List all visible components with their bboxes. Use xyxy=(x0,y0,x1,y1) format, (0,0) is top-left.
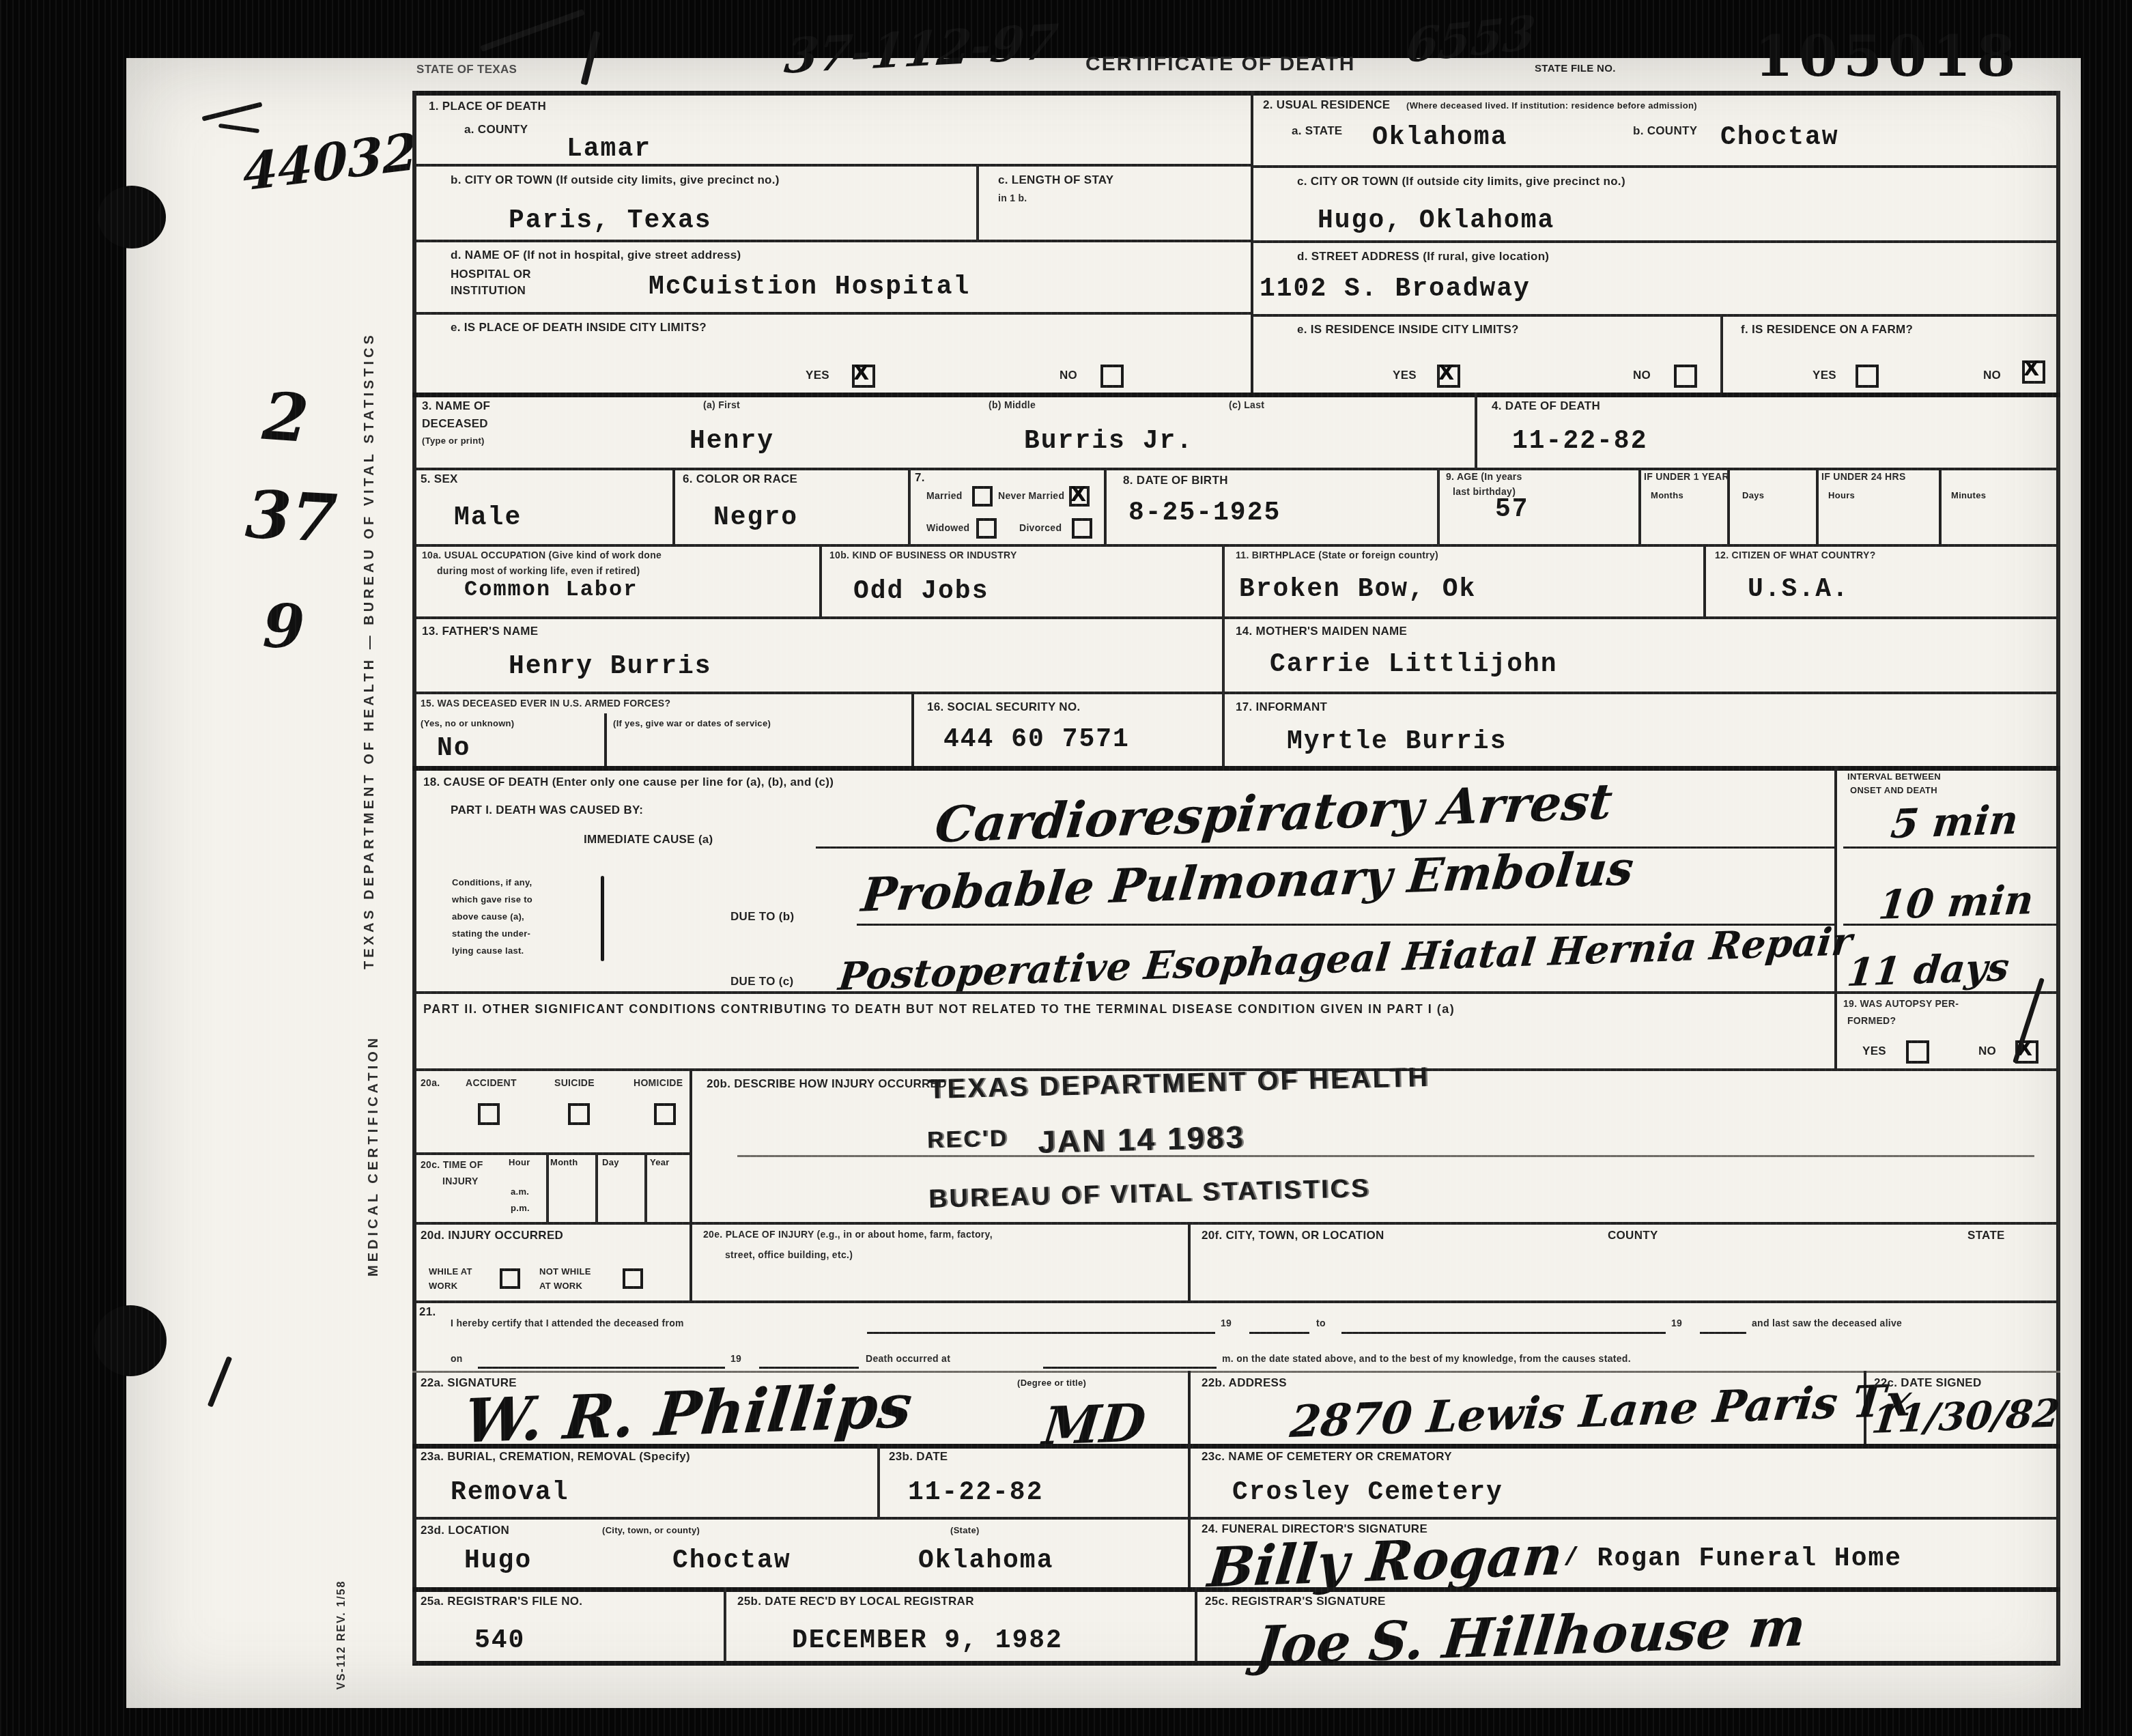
s22c-date-handwriting: 11/30/82 xyxy=(1870,1391,2062,1442)
s20a-accident-checkbox xyxy=(478,1103,500,1125)
s25a-value: 540 xyxy=(474,1628,525,1654)
s7-label: 7. xyxy=(915,471,925,485)
s23d-label: 23d. LOCATION xyxy=(421,1524,509,1537)
s20b-label: 20b. DESCRIBE HOW INJURY OCCURRED xyxy=(707,1077,947,1091)
s23c-value: Crosley Cemetery xyxy=(1232,1480,1503,1506)
s2-farm-yes-checkbox xyxy=(1856,365,1879,388)
margin-vertical-agency-text: TEXAS DEPARTMENT OF HEALTH — BUREAU OF V… xyxy=(362,314,378,969)
margin-form-code: VS-112 REV. 1/58 xyxy=(336,1519,348,1690)
s20a-label: 20a. xyxy=(421,1077,440,1089)
s1-stay-label: c. LENGTH OF STAY xyxy=(998,173,1113,187)
s18-interval-header-2: ONSET AND DEATH xyxy=(1850,785,1937,796)
s2-state-label: a. STATE xyxy=(1292,124,1343,138)
s2-title: 2. USUAL RESIDENCE xyxy=(1263,98,1390,112)
s18-interval-a-handwriting: 5 min xyxy=(1888,797,2020,848)
s19-label2: FORMED? xyxy=(1847,1015,1896,1027)
s15-sub1: (Yes, no or unknown) xyxy=(421,718,514,729)
s2-farm-yes-label: YES xyxy=(1813,369,1836,382)
s1-stay-sub: in 1 b. xyxy=(998,193,1027,204)
s20f-county-label: COUNTY xyxy=(1608,1229,1658,1242)
s4-label: 4. DATE OF DEATH xyxy=(1492,399,1600,413)
s20d-notwhile-label2: AT WORK xyxy=(539,1281,582,1292)
s2-limits-yes-checkbox: X xyxy=(1437,365,1460,388)
s25b-label: 25b. DATE REC'D BY LOCAL REGISTRAR xyxy=(737,1595,974,1608)
s1-city-label: b. CITY OR TOWN (If outside city limits,… xyxy=(451,173,780,187)
s21-line1-to: to xyxy=(1316,1318,1326,1329)
s17-label: 17. INFORMANT xyxy=(1236,700,1327,714)
s18-conditions-brace xyxy=(601,876,604,961)
s20f-label: 20f. CITY, TOWN, OR LOCATION xyxy=(1202,1229,1384,1242)
hole-punch-bottom xyxy=(94,1305,167,1376)
s19-yes-label: YES xyxy=(1862,1044,1886,1058)
s21-line2-on: on xyxy=(451,1353,463,1365)
s3-first-value: Henry xyxy=(690,429,774,455)
s9-label1: 9. AGE (In years xyxy=(1446,471,1522,483)
s23a-value: Removal xyxy=(451,1480,569,1506)
s20c-hour-label: Hour xyxy=(509,1157,530,1168)
s18-title: 18. CAUSE OF DEATH (Enter only one cause… xyxy=(423,775,834,789)
s7-never-married-label: Never Married xyxy=(998,490,1064,502)
s3-last-value: Burris Jr. xyxy=(1024,429,1193,455)
s21-line2-tail: m. on the date stated above, and to the … xyxy=(1222,1353,1631,1365)
part2-text: PART II. OTHER SIGNIFICANT CONDITIONS CO… xyxy=(423,1002,1455,1017)
s1-county-value: Lamar xyxy=(567,137,651,162)
s20a-suicide-label: SUICIDE xyxy=(554,1077,595,1089)
s20e-label1: 20e. PLACE OF INJURY (e.g., in or about … xyxy=(703,1229,993,1240)
s15-sub2: (If yes, give war or dates of service) xyxy=(613,718,771,729)
s19-label1: 19. WAS AUTOPSY PER- xyxy=(1843,998,1959,1010)
s5-label: 5. SEX xyxy=(421,472,458,486)
s2-county-label: b. COUNTY xyxy=(1633,124,1697,138)
s20d-while-label1: WHILE AT xyxy=(429,1266,472,1277)
s18-cond1: Conditions, if any, xyxy=(452,877,532,888)
s19-no-label: NO xyxy=(1978,1044,1996,1058)
s20c-label1: 20c. TIME OF xyxy=(421,1159,483,1171)
s23d-state-value: Oklahoma xyxy=(918,1548,1053,1574)
s23d-city-value: Hugo xyxy=(464,1548,532,1574)
s20d-while-checkbox xyxy=(500,1268,520,1289)
state-file-number: 105018 xyxy=(1754,29,2021,85)
s16-label: 16. SOCIAL SECURITY NO. xyxy=(927,700,1081,714)
s18-cond4: stating the under- xyxy=(452,928,530,939)
s18-cond5: lying cause last. xyxy=(452,945,524,956)
s25c-label: 25c. REGISTRAR'S SIGNATURE xyxy=(1205,1595,1386,1608)
s15-label: 15. WAS DECEASED EVER IN U.S. ARMED FORC… xyxy=(421,698,670,709)
s20c-day-label: Day xyxy=(602,1157,619,1168)
s21-line1-19a: 19 xyxy=(1221,1318,1232,1329)
s2-state-value: Oklahoma xyxy=(1372,125,1507,151)
s20a-homicide-checkbox xyxy=(654,1103,676,1125)
s2-farm-no-checkbox: X xyxy=(2022,360,2045,384)
hole-punch-top xyxy=(98,186,166,248)
s18-interval-b-handwriting: 10 min xyxy=(1876,877,2036,928)
s11-label: 11. BIRTHPLACE (State or foreign country… xyxy=(1236,550,1438,561)
s23d-sub1-label: (City, town, or county) xyxy=(602,1525,700,1536)
s18-cond2: which gave rise to xyxy=(452,894,532,905)
margin-vertical-medical-certification: MEDICAL CERTIFICATION xyxy=(366,1004,382,1277)
s20c-year-label: Year xyxy=(650,1157,670,1168)
s1-limits-label: e. IS PLACE OF DEATH INSIDE CITY LIMITS? xyxy=(451,321,707,335)
s5-value: Male xyxy=(454,505,522,531)
s20a-accident-label: ACCIDENT xyxy=(466,1077,517,1089)
s3-label2: DECEASED xyxy=(422,417,488,431)
s2-limits-no-label: NO xyxy=(1633,369,1651,382)
s9-minutes-label: Minutes xyxy=(1951,490,1986,501)
s23d-county-value: Choctaw xyxy=(672,1548,791,1574)
death-certificate-scan: 44032 2 37 9 TEXAS DEPARTMENT OF HEALTH … xyxy=(0,0,2132,1736)
s2-title-sub: (Where deceased lived. If institution: r… xyxy=(1406,100,1697,111)
state-of-texas-label: STATE OF TEXAS xyxy=(416,63,517,76)
s23b-label: 23b. DATE xyxy=(889,1450,948,1464)
s1-title: 1. PLACE OF DEATH xyxy=(429,100,546,113)
s7-married-checkbox xyxy=(972,486,993,507)
s2-farm-label: f. IS RESIDENCE ON A FARM? xyxy=(1741,323,1913,337)
s20d-while-label2: WORK xyxy=(429,1281,457,1292)
s1-hospital-label3: INSTITUTION xyxy=(451,284,526,298)
s3-label3: (Type or print) xyxy=(422,436,485,446)
s18-interval-header-1: INTERVAL BETWEEN xyxy=(1847,771,1941,782)
stamp-recd-label: REC'D xyxy=(927,1126,1009,1154)
s1-hospital-value: McCuistion Hospital xyxy=(649,274,970,300)
s7-widowed-label: Widowed xyxy=(926,522,969,534)
s23b-value: 11-22-82 xyxy=(908,1480,1043,1506)
s1-no-checkbox xyxy=(1100,365,1124,388)
s2-limits-no-checkbox xyxy=(1674,365,1697,388)
s10a-value: Common Labor xyxy=(464,579,638,601)
s20d-notwhile-label1: NOT WHILE xyxy=(539,1266,591,1277)
s2-city-label: c. CITY OR TOWN (If outside city limits,… xyxy=(1297,175,1625,188)
s8-label: 8. DATE OF BIRTH xyxy=(1123,474,1228,487)
s9-months-label: Months xyxy=(1651,490,1683,501)
s10a-label1: 10a. USUAL OCCUPATION (Give kind of work… xyxy=(422,550,662,561)
s18-due-b-label: DUE TO (b) xyxy=(730,910,794,924)
s9-days-label: Days xyxy=(1742,490,1764,501)
margin-tally-2: 2 xyxy=(260,378,311,457)
s10b-value: Odd Jobs xyxy=(853,579,989,605)
s15-value: No xyxy=(437,736,471,762)
s2-city-value: Hugo, Oklahoma xyxy=(1318,208,1554,234)
s13-value: Henry Burris xyxy=(509,654,712,680)
s18-immediate-cause-label: IMMEDIATE CAUSE (a) xyxy=(584,833,713,846)
s12-value: U.S.A. xyxy=(1748,577,1849,603)
s14-value: Carrie Littlijohn xyxy=(1270,652,1558,678)
header-pen-scrawl-1 xyxy=(480,9,584,52)
s1-yes-label: YES xyxy=(806,369,829,382)
s2-limits-label: e. IS RESIDENCE INSIDE CITY LIMITS? xyxy=(1297,323,1519,337)
s20f-state-label: STATE xyxy=(1967,1229,2005,1242)
s7-divorced-checkbox xyxy=(1072,518,1092,539)
s21-line1-19b: 19 xyxy=(1671,1318,1682,1329)
s7-married-label: Married xyxy=(926,490,963,502)
s25a-label: 25a. REGISTRAR'S FILE NO. xyxy=(421,1595,582,1608)
s21-line1-tail: and last saw the deceased alive xyxy=(1752,1318,1902,1329)
margin-tally-9: 9 xyxy=(261,590,306,662)
margin-tally-37: 37 xyxy=(244,476,339,558)
s21-number: 21. xyxy=(419,1305,436,1319)
s1-hospital-label: d. NAME OF (If not in hospital, give str… xyxy=(451,248,741,262)
s2-limits-yes-label: YES xyxy=(1393,369,1417,382)
s1-county-label: a. COUNTY xyxy=(464,123,528,137)
s19-yes-checkbox xyxy=(1906,1040,1929,1064)
s9-hours-label: Hours xyxy=(1828,490,1855,501)
s24-funeral-home-value: / Rogan Funeral Home xyxy=(1563,1546,1902,1572)
s4-value: 11-22-82 xyxy=(1512,429,1647,455)
s2-street-value: 1102 S. Broadway xyxy=(1260,276,1531,302)
s22a-degree-label: (Degree or title) xyxy=(1017,1378,1086,1389)
s6-value: Negro xyxy=(713,505,798,531)
s14-label: 14. MOTHER'S MAIDEN NAME xyxy=(1236,625,1407,638)
s3-last-label: (c) Last xyxy=(1229,399,1264,411)
s9-value: 57 xyxy=(1495,497,1529,523)
s20c-month-label: Month xyxy=(550,1157,578,1168)
s13-label: 13. FATHER'S NAME xyxy=(422,625,538,638)
s20a-homicide-label: HOMICIDE xyxy=(634,1077,683,1089)
s9-under24-label: IF UNDER 24 HRS xyxy=(1821,471,1992,483)
s23d-sub2-label: (State) xyxy=(950,1525,980,1536)
s21-line1-text: I hereby certify that I attended the dec… xyxy=(451,1318,684,1329)
s20d-label: 20d. INJURY OCCURRED xyxy=(421,1229,563,1242)
s16-value: 444 60 7571 xyxy=(943,727,1130,753)
s10a-label2: during most of working life, even if ret… xyxy=(437,565,640,577)
s7-divorced-label: Divorced xyxy=(1019,522,1062,534)
s21-line2-death-occurred: Death occurred at xyxy=(866,1353,950,1365)
s23c-label: 23c. NAME OF CEMETERY OR CREMATORY xyxy=(1202,1450,1452,1464)
state-file-no-label: STATE FILE NO. xyxy=(1535,63,1616,75)
s17-value: Myrtle Burris xyxy=(1287,729,1507,755)
s1-yes-checkbox: X xyxy=(852,365,875,388)
s3-label1: 3. NAME OF xyxy=(422,399,490,413)
s20a-suicide-checkbox xyxy=(568,1103,590,1125)
s9-under1-label: IF UNDER 1 YEAR xyxy=(1644,471,1815,483)
certificate-title: CERTIFICATE OF DEATH xyxy=(1085,52,1356,76)
s1-hospital-label2: HOSPITAL OR xyxy=(451,268,531,281)
s2-county-value: Choctaw xyxy=(1720,125,1839,151)
s18-part1-label: PART I. DEATH WAS CAUSED BY: xyxy=(451,803,643,817)
s2-farm-no-label: NO xyxy=(1983,369,2001,382)
s22c-label: 22c. DATE SIGNED xyxy=(1874,1376,1982,1390)
s3-first-label: (a) First xyxy=(703,399,740,411)
s11-value: Broken Bow, Ok xyxy=(1239,577,1476,603)
s18-cond3: above cause (a), xyxy=(452,911,524,922)
s10b-label: 10b. KIND OF BUSINESS OR INDUSTRY xyxy=(829,550,1017,561)
s1-city-value: Paris, Texas xyxy=(509,208,712,234)
s7-never-married-checkbox: X xyxy=(1069,486,1090,507)
s20c-pm-label: p.m. xyxy=(511,1203,530,1214)
s20c-label2: INJURY xyxy=(442,1176,479,1187)
s25b-value: DECEMBER 9, 1982 xyxy=(792,1628,1063,1654)
s23a-label: 23a. BURIAL, CREMATION, REMOVAL (Specify… xyxy=(421,1450,690,1464)
s21-line2-19: 19 xyxy=(730,1353,741,1365)
s3-middle-label: (b) Middle xyxy=(989,399,1036,411)
s20e-label2: street, office building, etc.) xyxy=(725,1249,853,1261)
s18-due-c-label: DUE TO (c) xyxy=(730,975,793,988)
s22b-label: 22b. ADDRESS xyxy=(1202,1376,1287,1390)
s8-value: 8-25-1925 xyxy=(1128,500,1281,526)
s2-street-label: d. STREET ADDRESS (If rural, give locati… xyxy=(1297,250,1549,264)
stamp-received-date: JAN 14 1983 xyxy=(1037,1118,1245,1160)
s20d-notwhile-checkbox xyxy=(623,1268,643,1289)
s20c-am-label: a.m. xyxy=(511,1186,529,1197)
s12-label: 12. CITIZEN OF WHAT COUNTRY? xyxy=(1715,550,1876,561)
s7-widowed-checkbox xyxy=(976,518,997,539)
s18-interval-c-handwriting: 11 days xyxy=(1845,945,2012,996)
s6-label: 6. COLOR OR RACE xyxy=(683,472,797,486)
s1-no-label: NO xyxy=(1060,369,1077,382)
